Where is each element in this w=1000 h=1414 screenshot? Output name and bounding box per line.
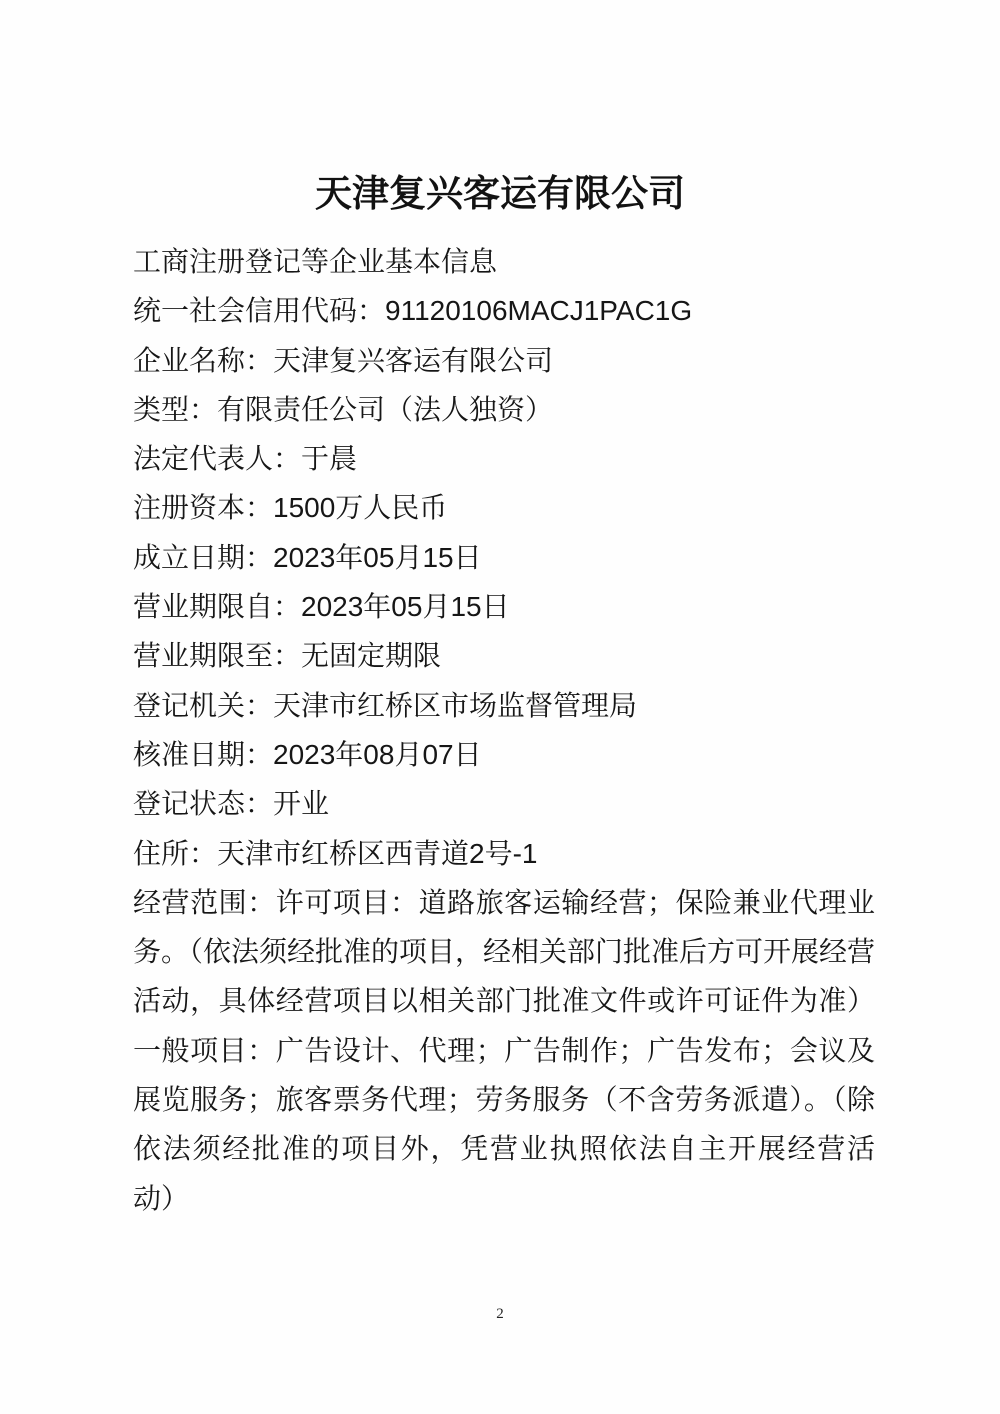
field-label: 法定代表人： [133, 443, 301, 474]
field-label: 登记机关： [133, 690, 273, 721]
field-label: 经营范围： [133, 887, 276, 918]
field-row-business-scope: 经营范围：许可项目：道路旅客运输经营；保险兼业代理业务。（依法须经批准的项目，经… [133, 878, 875, 1223]
field-row-registered-capital: 注册资本：1500万人民币 [133, 483, 875, 532]
field-label: 营业期限自： [133, 591, 301, 622]
field-label: 营业期限至： [133, 640, 301, 671]
field-row-company-type: 类型：有限责任公司（法人独资） [133, 385, 875, 434]
field-row-registration-status: 登记状态：开业 [133, 779, 875, 828]
field-row-legal-representative: 法定代表人：于晨 [133, 434, 875, 483]
field-value: 天津市红桥区市场监督管理局 [273, 690, 637, 721]
document-title: 天津复兴客运有限公司 [0, 0, 1000, 216]
field-value: 许可项目：道路旅客运输经营；保险兼业代理业务。（依法须经批准的项目，经相关部门批… [133, 887, 875, 1214]
field-value: 有限责任公司（法人独资） [217, 394, 553, 425]
field-value: 2023年08月07日 [273, 739, 482, 770]
field-value: 于晨 [301, 443, 357, 474]
document-page: 天津复兴客运有限公司 工商注册登记等企业基本信息 统一社会信用代码：911201… [0, 0, 1000, 1414]
field-row-approval-date: 核准日期：2023年08月07日 [133, 730, 875, 779]
field-row-company-name: 企业名称：天津复兴客运有限公司 [133, 336, 875, 385]
field-label: 注册资本： [133, 492, 273, 523]
field-value: 2023年05月15日 [301, 591, 510, 622]
page-number: 2 [0, 1306, 1000, 1323]
field-label: 核准日期： [133, 739, 273, 770]
field-value: 天津复兴客运有限公司 [273, 345, 553, 376]
field-label: 统一社会信用代码： [133, 295, 385, 326]
field-row-establish-date: 成立日期：2023年05月15日 [133, 533, 875, 582]
field-row-address: 住所：天津市红桥区西青道2号-1 [133, 829, 875, 878]
field-value: 无固定期限 [301, 640, 441, 671]
field-label: 类型： [133, 394, 217, 425]
field-label: 成立日期： [133, 542, 273, 573]
field-row-credit-code: 统一社会信用代码：91120106MACJ1PAC1G [133, 286, 875, 335]
field-row-term-from: 营业期限自：2023年05月15日 [133, 582, 875, 631]
field-label: 企业名称： [133, 345, 273, 376]
field-value: 91120106MACJ1PAC1G [385, 295, 692, 326]
field-value: 2023年05月15日 [273, 542, 482, 573]
section-heading: 工商注册登记等企业基本信息 [133, 237, 875, 286]
field-label: 住所： [133, 838, 217, 869]
document-body: 工商注册登记等企业基本信息 统一社会信用代码：91120106MACJ1PAC1… [133, 237, 875, 1223]
field-row-registration-authority: 登记机关：天津市红桥区市场监督管理局 [133, 681, 875, 730]
field-value: 开业 [273, 788, 329, 819]
field-label: 登记状态： [133, 788, 273, 819]
field-value: 天津市红桥区西青道2号-1 [217, 838, 537, 869]
field-value: 1500万人民币 [273, 492, 447, 523]
field-row-term-to: 营业期限至：无固定期限 [133, 631, 875, 680]
